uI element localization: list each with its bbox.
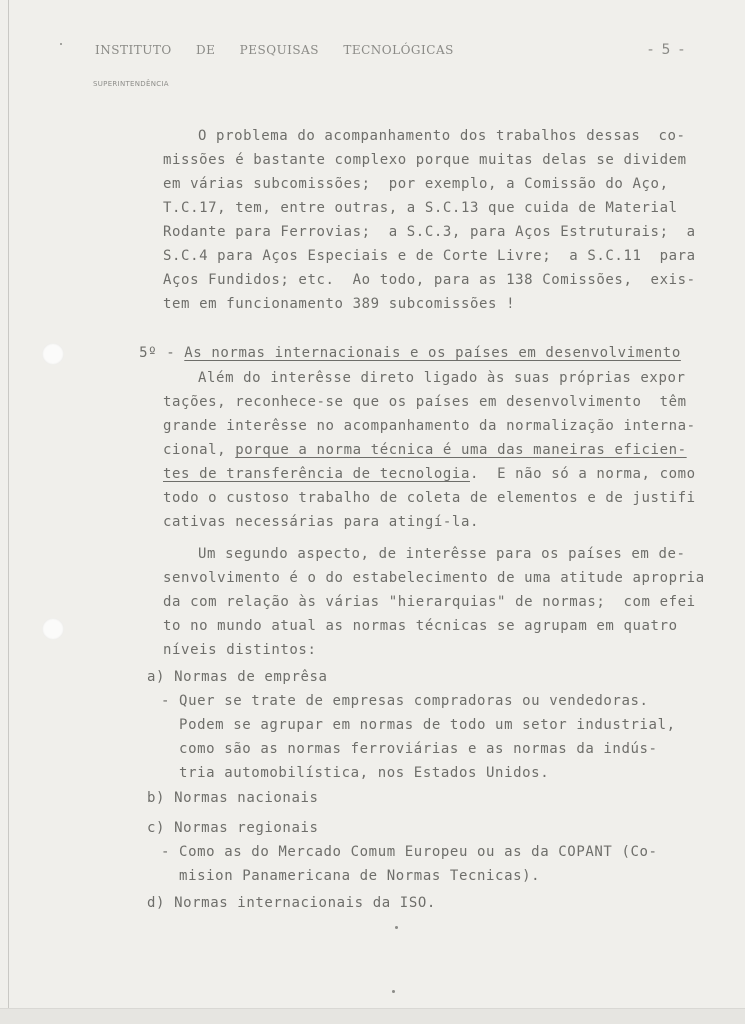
paragraph-line: em várias subcomissões; por exemplo, a C… <box>163 175 669 193</box>
paragraph-line: da com relação às várias "hierarquias" d… <box>163 593 696 611</box>
list-item-detail: Podem se agrupar em normas de todo um se… <box>161 716 676 734</box>
page-edge-line <box>8 0 9 1010</box>
underlined-segment: porque a norma técnica é uma das maneira… <box>235 442 686 458</box>
paper-speck <box>60 43 62 45</box>
scan-bottom-edge <box>0 1008 745 1024</box>
paragraph-line: cional, porque a norma técnica é uma das… <box>163 441 687 459</box>
paragraph-line: cativas necessárias para atingí-la. <box>163 513 479 531</box>
paper-speck <box>392 990 395 993</box>
text-segment: . E não só a norma, como <box>470 466 696 482</box>
list-item-detail: - Como as do Mercado Comum Europeu ou as… <box>161 843 658 861</box>
paragraph-line: T.C.17, tem, entre outras, a S.C.13 que … <box>163 199 678 217</box>
paragraph-line: todo o custoso trabalho de coleta de ele… <box>163 489 696 507</box>
department-header: SUPERINTENDÊNCIA <box>93 80 169 88</box>
paragraph-line: Além do interêsse direto ligado às suas … <box>198 369 686 387</box>
list-item-d: d) Normas internacionais da ISO. <box>147 894 436 912</box>
list-item-detail: mision Panamericana de Normas Tecnicas). <box>161 867 540 885</box>
punch-hole-top <box>42 343 64 365</box>
paragraph-line: to no mundo atual as normas técnicas se … <box>163 617 678 635</box>
punch-hole-bottom <box>42 618 64 640</box>
text-segment: cional, <box>163 442 235 458</box>
paragraph-line: Rodante para Ferrovias; a S.C.3, para Aç… <box>163 223 696 241</box>
paragraph-line: tem em funcionamento 389 subcomissões ! <box>163 295 515 313</box>
paragraph-line: S.C.4 para Aços Especiais e de Corte Liv… <box>163 247 696 265</box>
list-item-detail: como são as normas ferroviárias e as nor… <box>161 740 658 758</box>
section-title: As normas internacionais e os países em … <box>184 345 681 361</box>
paragraph-line: tações, reconhece-se que os países em de… <box>163 393 687 411</box>
list-item-a: a) Normas de emprêsa <box>147 668 328 686</box>
paragraph-line: O problema do acompanhamento dos trabalh… <box>198 127 686 145</box>
list-item-b: b) Normas nacionais <box>147 789 319 807</box>
institution-header: INSTITUTO DE PESQUISAS TECNOLÓGICAS <box>95 43 454 57</box>
list-item-c: c) Normas regionais <box>147 819 319 837</box>
list-item-detail: tria automobilística, nos Estados Unidos… <box>161 764 549 782</box>
paragraph-line: grande interêsse no acompanhamento da no… <box>163 417 696 435</box>
paragraph-line: missões é bastante complexo porque muita… <box>163 151 687 169</box>
document-page: INSTITUTO DE PESQUISAS TECNOLÓGICAS - 5 … <box>0 0 745 1010</box>
underlined-segment: tes de transferência de tecnologia <box>163 466 470 482</box>
paragraph-line: senvolvimento é o do estabelecimento de … <box>163 569 705 587</box>
paragraph-line: tes de transferência de tecnologia. E nã… <box>163 465 696 483</box>
section-number: 5º - <box>139 345 175 361</box>
paragraph-line: níveis distintos: <box>163 641 317 659</box>
paragraph-line: Aços Fundidos; etc. Ao todo, para as 138… <box>163 271 696 289</box>
list-item-detail: - Quer se trate de empresas compradoras … <box>161 692 649 710</box>
page-number: - 5 - <box>648 42 686 58</box>
paragraph-line: Um segundo aspecto, de interêsse para os… <box>198 545 686 563</box>
paper-speck <box>395 926 398 929</box>
